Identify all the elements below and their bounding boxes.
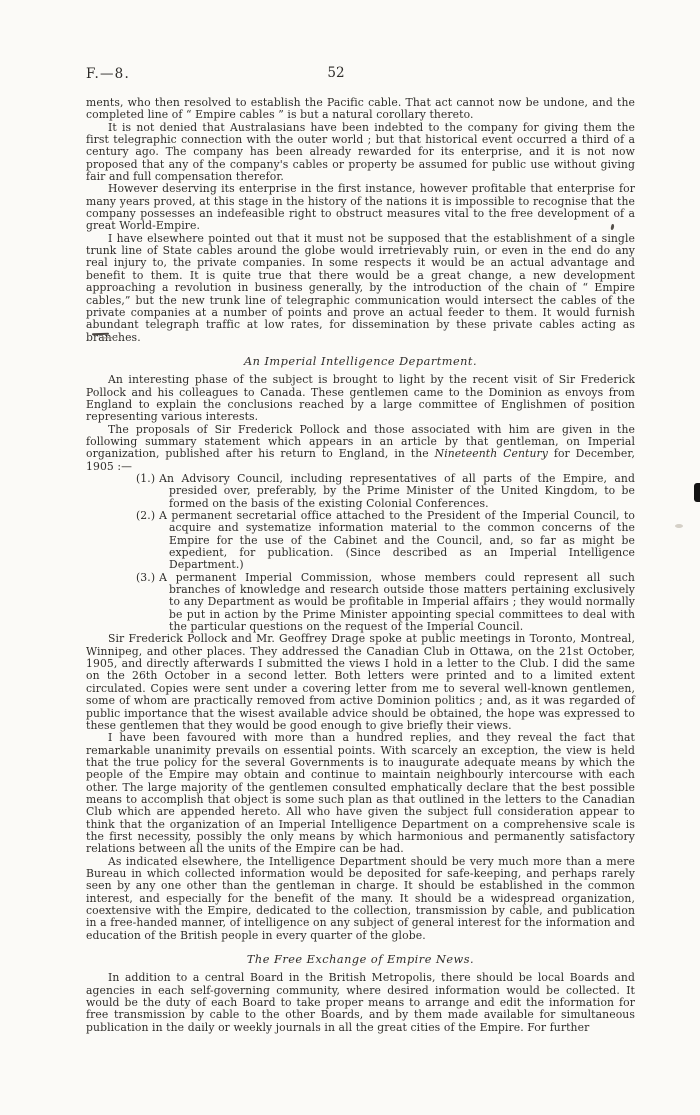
text-column: ments, who then resolved to establish th…	[86, 97, 635, 1034]
faint-edge-mark	[675, 524, 683, 528]
list-item: (3.)A permanent Imperial Commission, who…	[86, 572, 635, 634]
document-reference: F.—8.	[86, 66, 130, 82]
paragraph: An interesting phase of the subject is b…	[86, 374, 635, 423]
section-heading: The Free Exchange of Empire News.	[86, 954, 635, 966]
paragraph: I have been favoured with more than a hu…	[86, 732, 635, 855]
list-item-text: A permanent Imperial Commission, whose m…	[159, 571, 635, 633]
paragraph: As indicated elsewhere, the Intelligence…	[86, 856, 635, 942]
paragraph: It is not denied that Australasians have…	[86, 122, 635, 184]
scanned-report-page: F.—8. 52 ments, who then resolved to est…	[0, 0, 700, 1115]
paragraph: In addition to a central Board in the Br…	[86, 972, 635, 1034]
page-edge-ink-mark	[694, 483, 700, 502]
paragraph: Sir Frederick Pollock and Mr. Geoffrey D…	[86, 633, 635, 732]
paragraph: ments, who then resolved to establish th…	[86, 97, 635, 122]
paragraph: However deserving its enterprise in the …	[86, 183, 635, 232]
list-item-label: (3.)	[136, 571, 159, 584]
paragraph: I have elsewhere pointed out that it mus…	[86, 233, 635, 344]
page-number: 52	[316, 65, 356, 81]
publication-title: Nineteenth Century	[435, 447, 548, 460]
section-heading: An Imperial Intelligence Department.	[86, 356, 635, 368]
list-item-label: (2.)	[136, 509, 159, 522]
list-item-label: (1.)	[136, 472, 159, 485]
list-item-text: A permanent secretarial office attached …	[159, 509, 635, 571]
list-item: (2.)A permanent secretarial office attac…	[86, 510, 635, 572]
list-item: (1.)An Advisory Council, including repre…	[86, 473, 635, 510]
paragraph: The proposals of Sir Frederick Pollock a…	[86, 424, 635, 473]
list-item-text: An Advisory Council, including represent…	[159, 472, 635, 510]
